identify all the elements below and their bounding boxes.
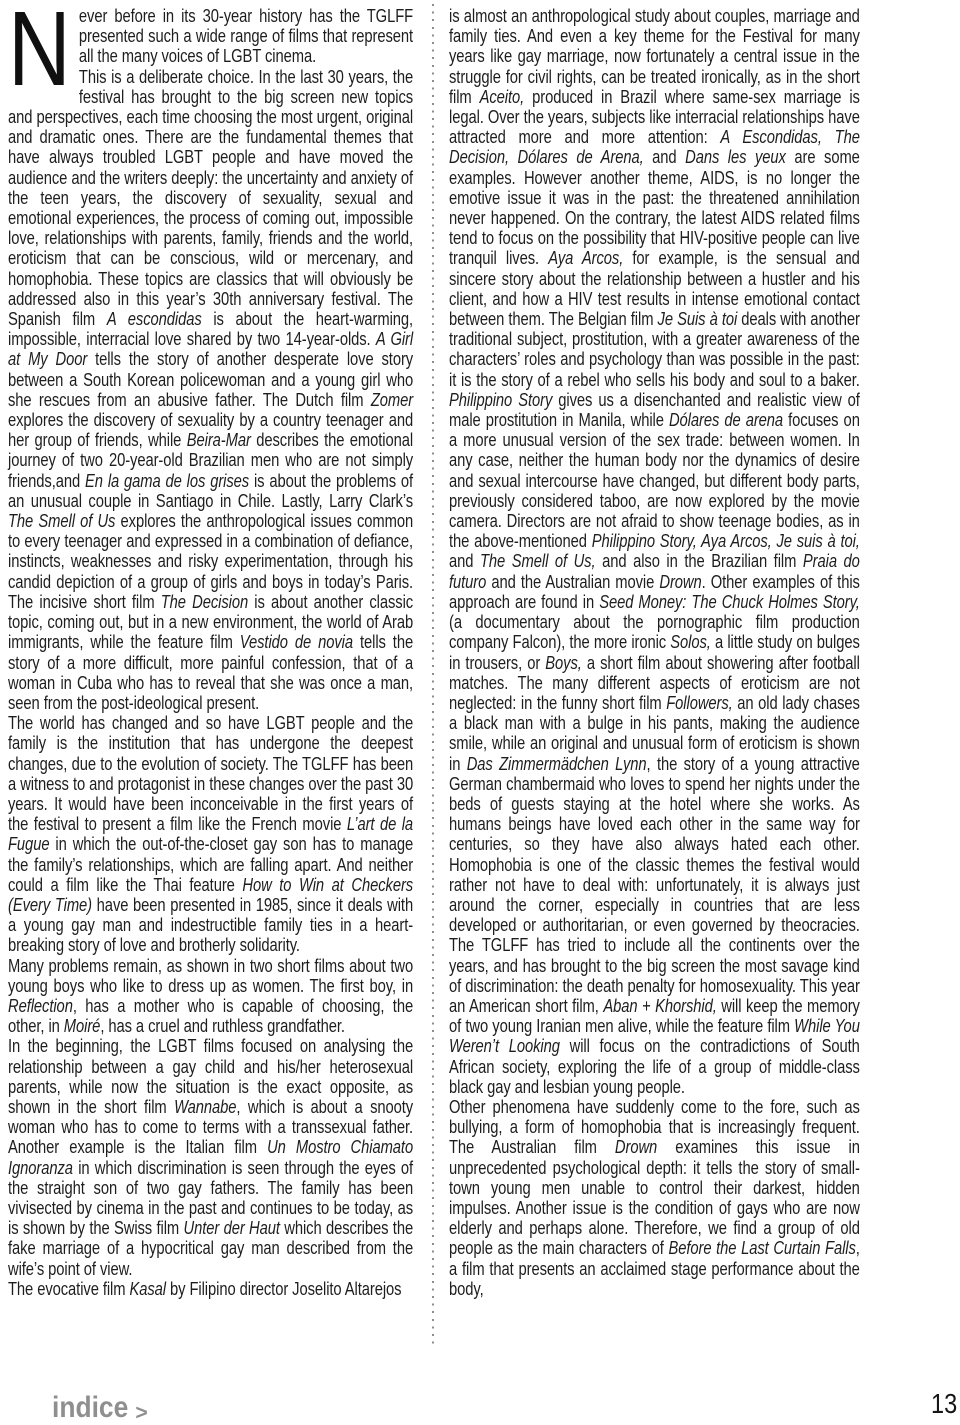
film-title-italic: A escondidas [107, 309, 202, 329]
film-title-italic: Aya Arcos, [548, 248, 623, 268]
text-run: , has a cruel and ruthless grandfather. [100, 1016, 345, 1036]
text-run: by Filipino director Joselito Altarejos [166, 1279, 401, 1299]
article-column-right: is almost an anthropological study about… [449, 6, 860, 1299]
film-title-italic: The Decision [161, 592, 248, 612]
film-title-italic: Solos, [670, 632, 711, 652]
film-title-italic: Dans les yeux [685, 147, 786, 167]
film-title-italic: Seed Money: The Chuck Holmes Story, [599, 592, 860, 612]
drop-cap: N [8, 9, 71, 90]
film-title-italic: Aceito, [480, 87, 525, 107]
column-left-text: ever before in its 30-year history has t… [8, 6, 413, 1299]
film-title-italic: En la gama de los grises [85, 471, 249, 491]
paragraph: The evocative film Kasal by Filipino dir… [8, 1279, 413, 1299]
article-column-left: N ever before in its 30-year history has… [8, 6, 413, 1299]
page-number: 13 [931, 1388, 957, 1420]
film-title-italic: Followers, [666, 693, 732, 713]
paragraph: The world has changed and so have LGBT p… [8, 713, 413, 955]
film-title-italic: Aban + Khorshid, [603, 996, 716, 1016]
film-title-italic: Moiré [64, 1016, 101, 1036]
film-title-italic: Das Zimmermädchen Lynn [467, 754, 647, 774]
paragraph: is almost an anthropological study about… [449, 6, 860, 1097]
paragraph: Many problems remain, as shown in two sh… [8, 956, 413, 1037]
indice-label: indice [52, 1391, 128, 1424]
film-title-italic: Before the Last Curtain Falls [668, 1238, 855, 1258]
magazine-page: N ever before in its 30-year history has… [0, 0, 960, 1425]
film-title-italic: Vestido de novia [240, 632, 353, 652]
film-title-italic: The Smell of Us, [480, 551, 596, 571]
film-title-italic: Wannabe [174, 1097, 236, 1117]
film-title-italic: Drown [615, 1137, 657, 1157]
text-run: Many problems remain, as shown in two sh… [8, 956, 413, 996]
text-run: ever before in its 30-year history has t… [79, 6, 413, 66]
film-title-italic: Je Suis à toi [658, 309, 738, 329]
film-title-italic: Beira-Mar [187, 430, 251, 450]
paragraph: This is a deliberate choice. In the last… [8, 67, 413, 714]
film-title-italic: The Smell of Us [8, 511, 115, 531]
indice-link[interactable]: indice> [52, 1391, 148, 1425]
film-title-italic: Kasal [129, 1279, 166, 1299]
text-run: and [644, 147, 685, 167]
text-run: The evocative film [8, 1279, 129, 1299]
film-title-italic: Boys, [545, 653, 582, 673]
film-title-italic: Unter der Haut [184, 1218, 280, 1238]
paragraph: In the beginning, the LGBT films focused… [8, 1036, 413, 1278]
dotted-column-divider [432, 4, 434, 1346]
film-title-italic: Dólares de arena [669, 410, 783, 430]
text-run: and the Australian movie [486, 572, 659, 592]
film-title-italic: Philippino Story, Aya Arcos, Je suis à t… [592, 531, 860, 551]
text-run: and [449, 551, 480, 571]
film-title-italic: Philippino Story [449, 390, 552, 410]
film-title-italic: Reflection [8, 996, 73, 1016]
text-run: and also in the Brazilian film [595, 551, 802, 571]
text-run: , the story of a young attractive German… [449, 754, 860, 1016]
film-title-italic: Zomer [371, 390, 413, 410]
text-run: focuses on a more unusual version of the… [449, 410, 860, 551]
paragraph: Other phenomena have suddenly come to th… [449, 1097, 860, 1299]
chevron-right-icon: > [135, 1400, 147, 1425]
column-right-text: is almost an anthropological study about… [449, 6, 860, 1299]
film-title-italic: Drown [659, 572, 701, 592]
